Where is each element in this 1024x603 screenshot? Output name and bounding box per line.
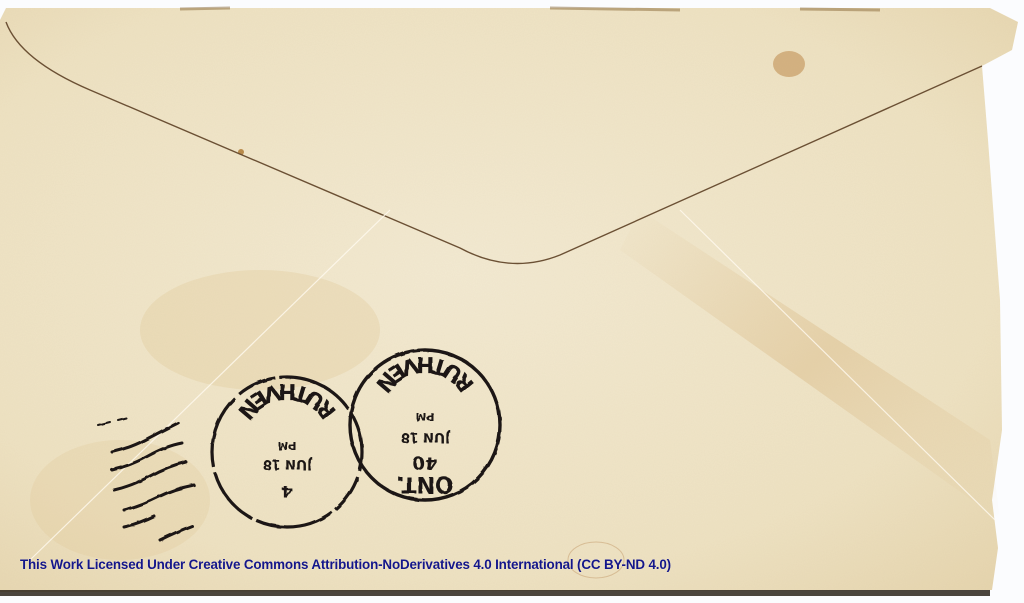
postmark-left-date: JUN 18 — [263, 456, 313, 471]
postmark-right-period: PM — [415, 410, 434, 423]
postmark-right-province: ONT. — [396, 471, 453, 496]
envelope-paper — [0, 8, 1018, 596]
postmark-left-period: PM — [277, 439, 296, 452]
postmark-right-date: JUN 18 — [401, 429, 451, 444]
postmark-left-number: 4 — [281, 482, 292, 501]
license-caption: This Work Licensed Under Creative Common… — [20, 557, 671, 572]
postmark-right-number: 40 — [412, 452, 437, 473]
envelope-scan: RUTHVEN PM JUN 18 4 RUTHVEN PM JUN 18 40… — [0, 0, 1024, 603]
